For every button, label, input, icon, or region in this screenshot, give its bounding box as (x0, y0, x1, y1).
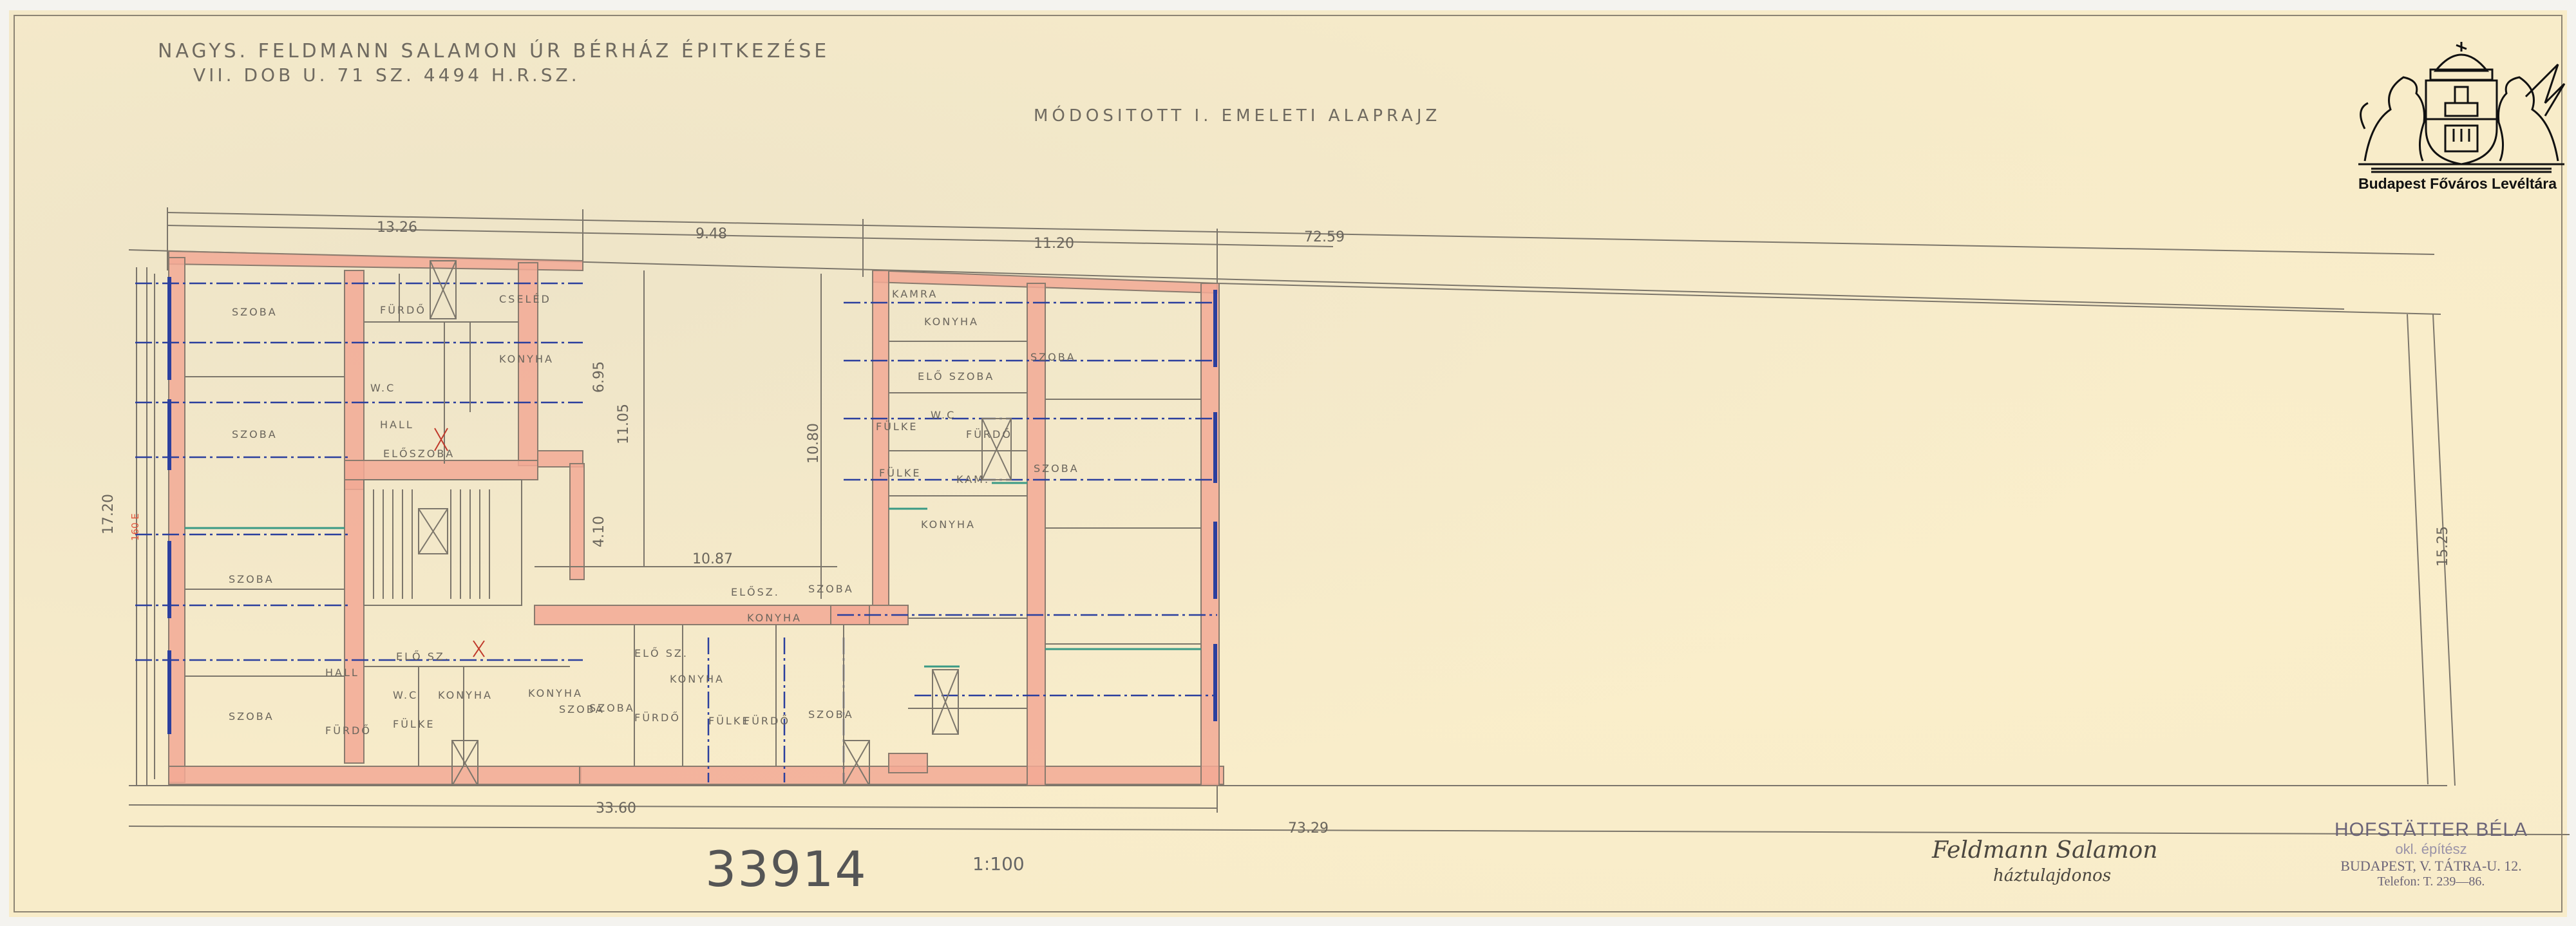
room-label: FÜRDŐ (380, 303, 426, 316)
room-label: ELŐSZ. (731, 585, 780, 598)
room-label: FÜRDŐ (966, 428, 1012, 440)
building-walls (169, 251, 1224, 786)
scale-label: 1:100 (972, 853, 1025, 874)
dim-left-red: 160 E (129, 513, 141, 541)
dim-courtyard-partial: 6.95 (591, 361, 607, 393)
room-label: ELŐ SZ. (396, 650, 450, 663)
project-title: NAGYS. FELDMANN SALAMON ÚR BÉRHÁZ ÉPITKE… (158, 40, 829, 62)
room-label: KONYHA (747, 612, 802, 624)
window-frames (167, 277, 1217, 734)
dim-top-1: 13.26 (377, 220, 417, 236)
room-label: KONYHA (528, 687, 583, 699)
room-label: SZOBA (229, 710, 274, 723)
budapest-coat-of-arms-icon (2352, 32, 2571, 174)
room-label: KONYHA (438, 689, 493, 701)
room-label: FÜRDŐ (634, 711, 681, 724)
room-label: CSELÉD (499, 293, 551, 305)
stamp-name: HOFSTÄTTER BÉLA (2334, 819, 2528, 841)
room-label: FÜLKE (393, 718, 435, 730)
room-label: SZOBA (808, 708, 854, 721)
dim-top-total: 72.59 (1304, 229, 1345, 245)
dim-courtyard-lower: 4.10 (591, 516, 607, 547)
dim-bottom-building: 33.60 (596, 800, 636, 817)
room-label: SZOBA (232, 306, 278, 318)
room-label: HALL (380, 419, 414, 431)
stamp-address: BUDAPEST, V. TÁTRA-U. 12. (2334, 858, 2528, 874)
room-label: FÜRDŐ (325, 724, 372, 737)
stamp-title: okl. építész (2334, 841, 2528, 858)
room-label: ELŐ SZOBA (918, 370, 994, 383)
staircase (364, 480, 522, 605)
room-label: ELŐ SZ. (634, 647, 688, 659)
room-label: FÜLKE (876, 420, 918, 433)
room-label: SZOBA (589, 702, 635, 714)
dim-top-2: 9.48 (696, 226, 727, 242)
dim-top-3: 11.20 (1034, 236, 1074, 252)
archive-logo-caption: Budapest Főváros Levéltára (2358, 175, 2557, 193)
room-label: FÜRDŐ (744, 714, 790, 727)
room-label: SZOBA (232, 428, 278, 440)
room-label: KONYHA (499, 353, 554, 365)
room-label: KONYHA (670, 673, 724, 685)
room-label: W.C (393, 689, 418, 701)
dim-bottom-total: 73.29 (1288, 820, 1329, 836)
stamp-phone: Telefon: T. 239—86. (2334, 874, 2528, 889)
plot-boundary (129, 283, 2570, 835)
partition-lines (185, 274, 1201, 766)
room-label: SZOBA (229, 573, 274, 585)
plan-title: MÓDOSITOTT I. EMELETI ALAPRAJZ (1034, 106, 1441, 126)
room-label: KAM. (956, 473, 990, 486)
room-label: SZOBA (808, 583, 854, 595)
room-label: ELŐSZOBA (383, 447, 455, 460)
owner-name: Feldmann Salamon (1932, 837, 2157, 864)
room-label: SZOBA (1030, 351, 1076, 363)
green-partitions (185, 483, 1201, 666)
room-label: W.C (931, 409, 956, 421)
dim-corridor-length: 10.87 (692, 551, 733, 567)
dim-plot-right-depth: 15.25 (2435, 526, 2451, 567)
architect-stamp: HOFSTÄTTER BÉLA okl. építész BUDAPEST, V… (2334, 819, 2528, 889)
room-label: KONYHA (924, 316, 979, 328)
project-address: VII. DOB U. 71 SZ. 4494 H.R.SZ. (193, 64, 580, 86)
room-label: HALL (325, 666, 359, 679)
archive-number: 33914 (705, 840, 867, 898)
dim-courtyard-depth: 11.05 (616, 404, 632, 444)
room-label: FÜLKE (879, 467, 921, 479)
owner-signature: Feldmann Salamon háztulajdonos (1932, 837, 2157, 885)
room-label: KONYHA (921, 518, 976, 531)
dim-left-height: 17.20 (100, 494, 117, 534)
dim-wing-height: 10.80 (806, 423, 822, 464)
room-label: KAMRA (892, 288, 938, 300)
floor-plan-drawing: 13.26 9.48 11.20 72.59 33.60 73.29 17.20… (0, 0, 2576, 926)
archive-logo: Budapest Főváros Levéltára (2352, 32, 2571, 193)
owner-role: háztulajdonos (1993, 866, 2157, 885)
room-label: SZOBA (1034, 462, 1079, 475)
room-label: W.C (370, 382, 395, 394)
